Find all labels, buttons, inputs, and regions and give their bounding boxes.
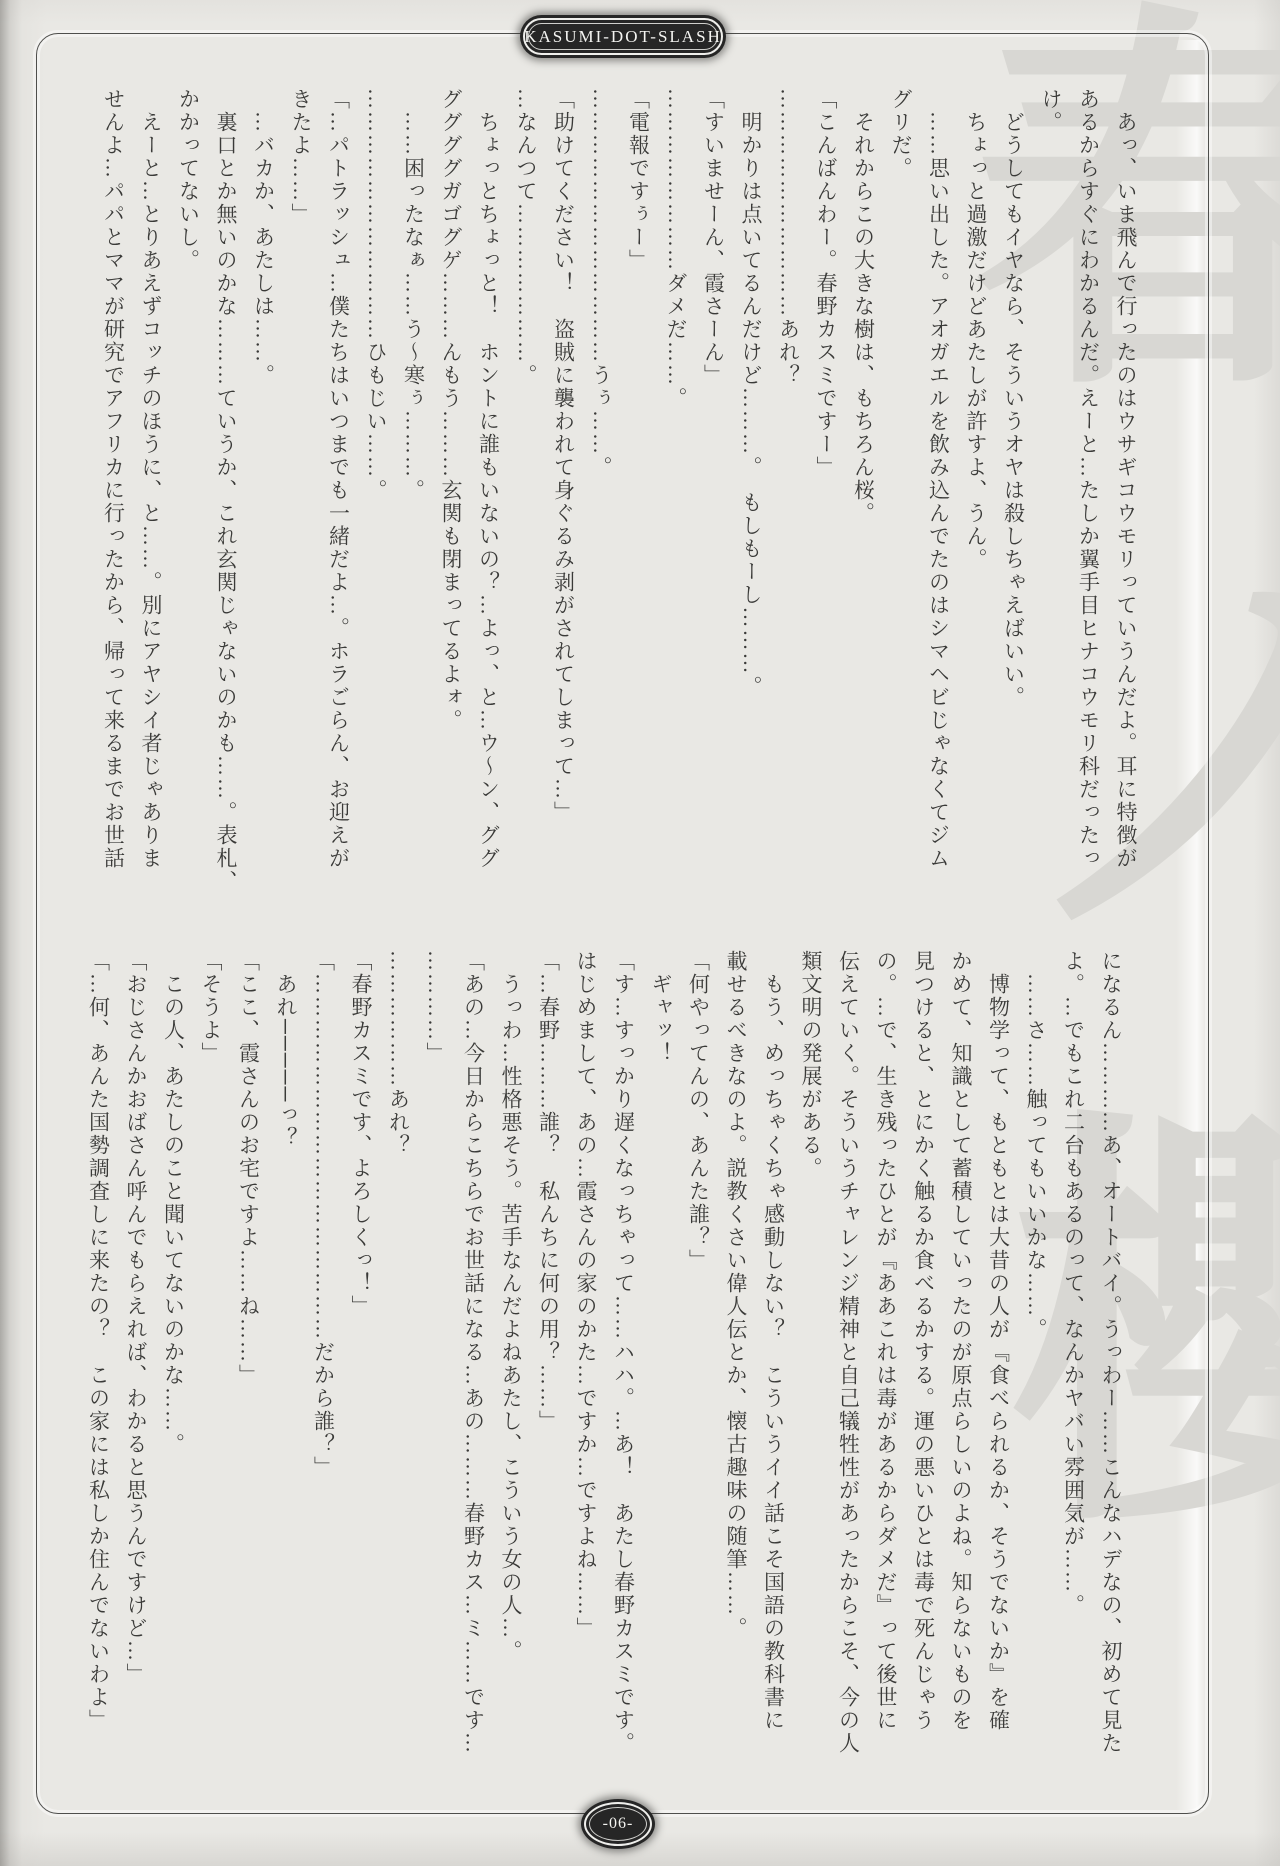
text-column: ……思い出した。アオガエルを飲み込んでたのはシマヘビじゃなくてジム [919,88,957,880]
page-number-badge: -06- [581,1799,655,1849]
text-column: ………………………………うぅ……。 [582,88,620,880]
text-column: はじめまして、あの…霞さんの家のかた…ですか…ですよね……」 [567,950,605,1732]
text-column: …………」 [417,950,455,1732]
text-column: かかってないし。 [169,88,207,880]
text-column: 「何やってんの、あんた誰？」 [679,950,717,1732]
text-column: どうしてもイヤなら、そういうオヤは殺しちゃえばいい。 [994,88,1032,880]
text-column: になるん…………あ、オートバイ。うっわー……こんなハデなの、初めて見た [1092,950,1130,1732]
text-column: …なんつて…………………。 [507,88,545,880]
text-column: 「春野カスミです、よろしくっ！」 [342,950,380,1732]
top-text-block: あっ、いま飛んで行ったのはウサギコウモリっていうんだよ。耳に特徴があるからすぐに… [94,88,1144,880]
text-column: グリだ。 [882,88,920,880]
text-column: ……………………ダメだ……。 [657,88,695,880]
page-number-text: -06- [603,1815,634,1833]
text-column: よ。…でもこれ二台もあるのって、なんかヤバい雰囲気が……。 [1054,950,1092,1732]
header-title-badge: KASUMI-DOT-SLASH [520,15,726,58]
text-column: この人、あたしのこと聞いてないのかな……。 [154,950,192,1732]
text-column: け。 [1032,88,1070,880]
text-column: ググググガゴグゲ………んもう………玄関も閉まってるよォ。 [432,88,470,880]
text-column: あれ─────っ？ [267,950,305,1732]
text-column: 「そうよ」 [192,950,230,1732]
text-column: 明かりは点いてるんだけど………。 もしもーし………。 [732,88,770,880]
text-column: 「…春野………誰？ 私んちに何の用？……」 [529,950,567,1732]
text-column: …………………………あれ？ [769,88,807,880]
bottom-text-block: になるん…………あ、オートバイ。うっわー……こんなハデなの、初めて見たよ。…でも… [79,950,1129,1732]
text-column: きたよ……」 [282,88,320,880]
text-column: せんよ…パパとママが研究でアフリカに行ったから、帰って来るまでお世話 [94,88,132,880]
text-column: ……………………………ひもじい……。 [357,88,395,880]
text-column: もう、めっちゃくちゃ感動しない？ こういうイイ話こそ国語の教科書に [754,950,792,1732]
text-column: 「電報ですぅー」 [619,88,657,880]
text-column: ちょっと過激だけどあたしが許すよ、うん。 [957,88,995,880]
text-column: ……さ……触ってもいいかな……。 [1017,950,1055,1732]
text-column: 「あの…今日からこちらでお世話になる…あの………春野カス…ミ……です… [454,950,492,1732]
text-column: 「…パトラッシュ…僕たちはいつまでも一緒だよ…。ホラごらん、お迎えが [319,88,357,880]
text-column: 裏口とか無いのかな………ていうか、これ玄関じゃないのかも……。表札、 [207,88,245,880]
text-column: えーと…とりあえずコッチのほうに、と……。別にアヤシイ者じゃありま [132,88,170,880]
text-column: 博物学って、もともとは大昔の人が『食べられるか、そうでないか』を確 [979,950,1017,1732]
text-column: 「…………………………………………だから誰？」 [304,950,342,1732]
text-column: 「す…すっかり遅くなっちゃって……ハハ。…あ！ あたし春野カスミです。 [604,950,642,1732]
text-column: かめて、知識として蓄積していったのが原点らしいのよね。知らないものを [942,950,980,1732]
text-column: ギャッ！ [642,950,680,1732]
text-column: 「おじさんかおばさん呼んでもらえれば、わかると思うんですけど…」 [117,950,155,1732]
text-column: あっ、いま飛んで行ったのはウサギコウモリっていうんだよ。耳に特徴が [1107,88,1145,880]
scanned-novel-page: { "header": { "title": "KASUMI-DOT-SLASH… [0,0,1280,1866]
text-column: 伝えていく。そういうチャレンジ精神と自己犠牲性があったからこそ、今の人 [829,950,867,1732]
text-column: それからこの大きな樹は、もちろん桜。 [844,88,882,880]
text-column: 「すいませーん、霞さーん」 [694,88,732,880]
text-column: 見つけると、とにかく触るか食べるかする。運の悪いひとは毒で死んじゃう [904,950,942,1732]
text-column: 載せるべきなのよ。説教くさい偉人伝とか、懐古趣味の随筆……。 [717,950,755,1732]
text-column: ………………あれ？ [379,950,417,1732]
text-column: の。…で、生き残ったひとが『ああこれは毒があるからダメだ』って後世に [867,950,905,1732]
text-column: あるからすぐにわかるんだ。えーと…たしか翼手目ヒナコウモリ科だったっ [1069,88,1107,880]
text-column: ちょっとちょっと！ ホントに誰もいないの？…よっ、と…ウ〜ン、ググ [469,88,507,880]
text-column: 「こんばんわー。春野カスミですー」 [807,88,845,880]
text-column: …バカか、あたしは……。 [244,88,282,880]
text-column: ……困ったなぁ……う〜寒ぅ………。 [394,88,432,880]
text-column: うっわ…性格悪そう。苦手なんだよねあたし、こういう女の人…。 [492,950,530,1732]
text-column: 「…何、あんた国勢調査しに来たの？ この家には私しか住んでないわよ」 [79,950,117,1732]
header-title-text: KASUMI-DOT-SLASH [524,27,722,47]
text-column: 「ここ、霞さんのお宅ですよ……ね……」 [229,950,267,1732]
text-column: 「助けてください！ 盗賊に襲われて身ぐるみ剥がされてしまって…」 [544,88,582,880]
text-column: 類文明の発展がある。 [792,950,830,1732]
